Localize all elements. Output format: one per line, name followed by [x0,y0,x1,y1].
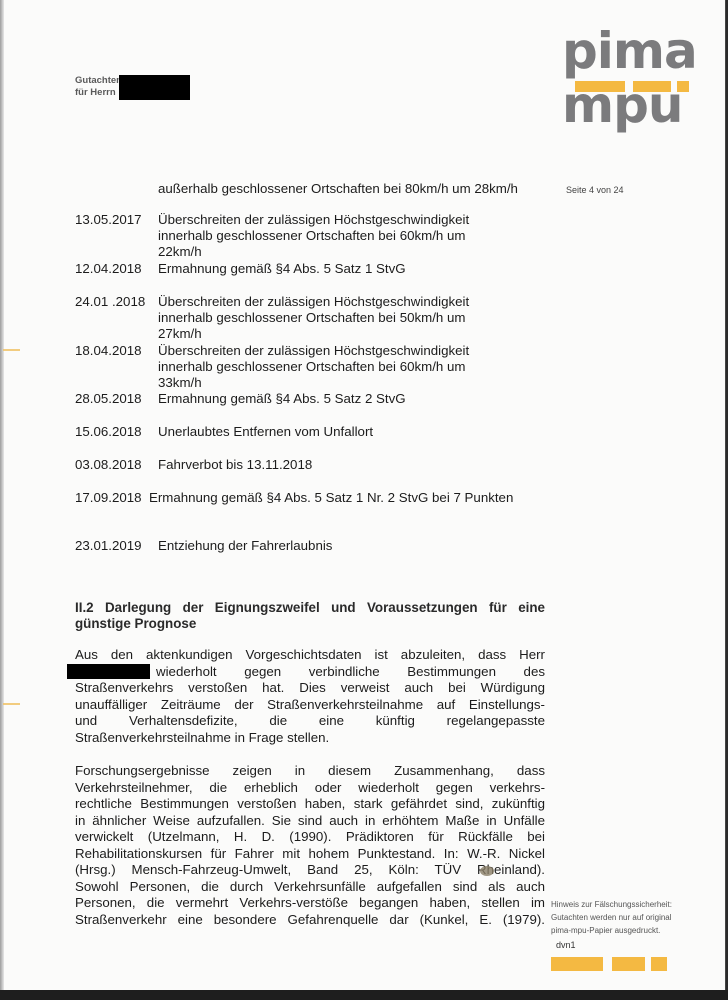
entry-date: 03.08.2018 [75,457,157,473]
heading-line-1: II.2 Darlegung der Eignungszweifel und V… [75,600,545,616]
forgery-note-line-3: pima-mpu-Papier ausgedruckt. [551,924,672,937]
paragraph-2: Forschungsergebnisse zeigen in diesem Zu… [75,763,545,928]
document-code: dvn1 [556,940,576,950]
document-page: Gutachten für Herrn pima mpu Seite 4 von… [0,0,726,990]
paragraph-line-text: wiederholt gegen verbindliche Bestimmung… [156,664,545,679]
section-heading: II.2 Darlegung der Eignungszweifel und V… [75,600,545,632]
paragraph-line: Sowohl Personen, die durch Verkehrsunfäl… [75,879,545,896]
paragraph-line: Rehabilitationskursen für Fahrer mit hoh… [75,846,545,863]
paragraph-line: Verkehrsteilnehmer, die erheblich oder w… [75,780,545,797]
paragraph-line: Straßenverkehr eine besondere Gefahrenqu… [75,912,545,929]
paragraph-line: Personen, die vermehrt Verkehrs-verstöße… [75,895,545,912]
entry-date: 15.06.2018 [75,424,157,440]
pima-mpu-logo: pima mpu [562,30,692,138]
paragraph-line: Aus den aktenkundigen Vorgeschichtsdaten… [75,647,545,664]
scan-edge [0,990,728,1000]
margin-mark [3,703,20,705]
paragraph-line: verwickelt (Utzelmann, H. D. (1990). Prä… [75,829,545,846]
entry-text: Überschreiten der zulässigen Höchstgesch… [158,343,488,391]
paragraph-line: Forschungsergebnisse zeigen in diesem Zu… [75,763,545,780]
entry-text: außerhalb geschlossener Ortschaften bei … [158,181,548,197]
entry-text: Ermahnung gemäß §4 Abs. 5 Satz 1 StvG [158,261,548,277]
margin-mark [3,349,20,351]
history-entry: 17.09.2018 Ermahnung gemäß §4 Abs. 5 Sat… [75,490,545,506]
entry-date: 28.05.2018 [75,391,157,407]
paragraph-line: rechtliche Bestimmungen verstoßen haben,… [75,796,545,813]
paragraph-1: Aus den aktenkundigen Vorgeschichtsdaten… [75,647,545,746]
logo-text-pima: pima [562,26,697,76]
recipient-line-1: Gutachten [75,75,122,87]
footer-bar [551,957,603,971]
entry-date: 13.05.2017 [75,212,157,228]
footer-bar [651,957,667,971]
paragraph-line: in ähnlicher Weise aufzufallen. Sie sind… [75,813,545,830]
paragraph-line: (Hrsg.) Mensch-Fahrzeug-Umwelt, Band 25,… [75,862,545,879]
entry-date: 17.09.2018 [75,490,142,505]
entry-text: Ermahnung gemäß §4 Abs. 5 Satz 2 StvG [158,391,548,407]
redacted-name-inline [67,664,150,679]
paragraph-line: Straßenverkehrsteilnahme in Frage stelle… [75,730,545,747]
paragraph-line: Straßenverkehrs verstoßen hat. Dies verw… [75,680,545,697]
forgery-note: Hinweis zur Fälschungssicherheit: Gutach… [551,898,672,937]
logo-text-mpu: mpu [562,80,683,130]
entry-date: 12.04.2018 [75,261,157,277]
redacted-name-header [119,75,190,100]
entry-text: Fahrverbot bis 13.11.2018 [158,457,548,473]
forgery-note-line-1: Hinweis zur Fälschungssicherheit: [551,898,672,911]
paragraph-line: und Verhaltensdefizite, die eine künftig… [75,713,545,730]
entry-text: Überschreiten der zulässigen Höchstgesch… [158,212,488,260]
paragraph-line: wiederholt gegen verbindliche Bestimmung… [75,664,545,681]
paper-speck [480,866,494,876]
entry-text: Überschreiten der zulässigen Höchstgesch… [158,294,488,342]
heading-line-2: günstige Prognose [75,616,196,631]
scan-shadow [0,0,4,990]
recipient-block: Gutachten für Herrn [75,75,122,99]
forgery-note-line-2: Gutachten werden nur auf original [551,911,672,924]
entry-text: Entziehung der Fahrerlaubnis [158,538,548,554]
page-number: Seite 4 von 24 [566,185,624,195]
footer-bar [612,957,645,971]
entry-date: 24.01 .2018 [75,294,157,310]
entry-date: 18.04.2018 [75,343,157,359]
entry-text: Unerlaubtes Entfernen vom Unfallort [158,424,548,440]
recipient-line-2: für Herrn [75,87,122,99]
entry-text: Ermahnung gemäß §4 Abs. 5 Satz 1 Nr. 2 S… [149,490,513,505]
paragraph-line: unauffälliger Zeiträume der Straßenverke… [75,697,545,714]
entry-date: 23.01.2019 [75,538,157,554]
